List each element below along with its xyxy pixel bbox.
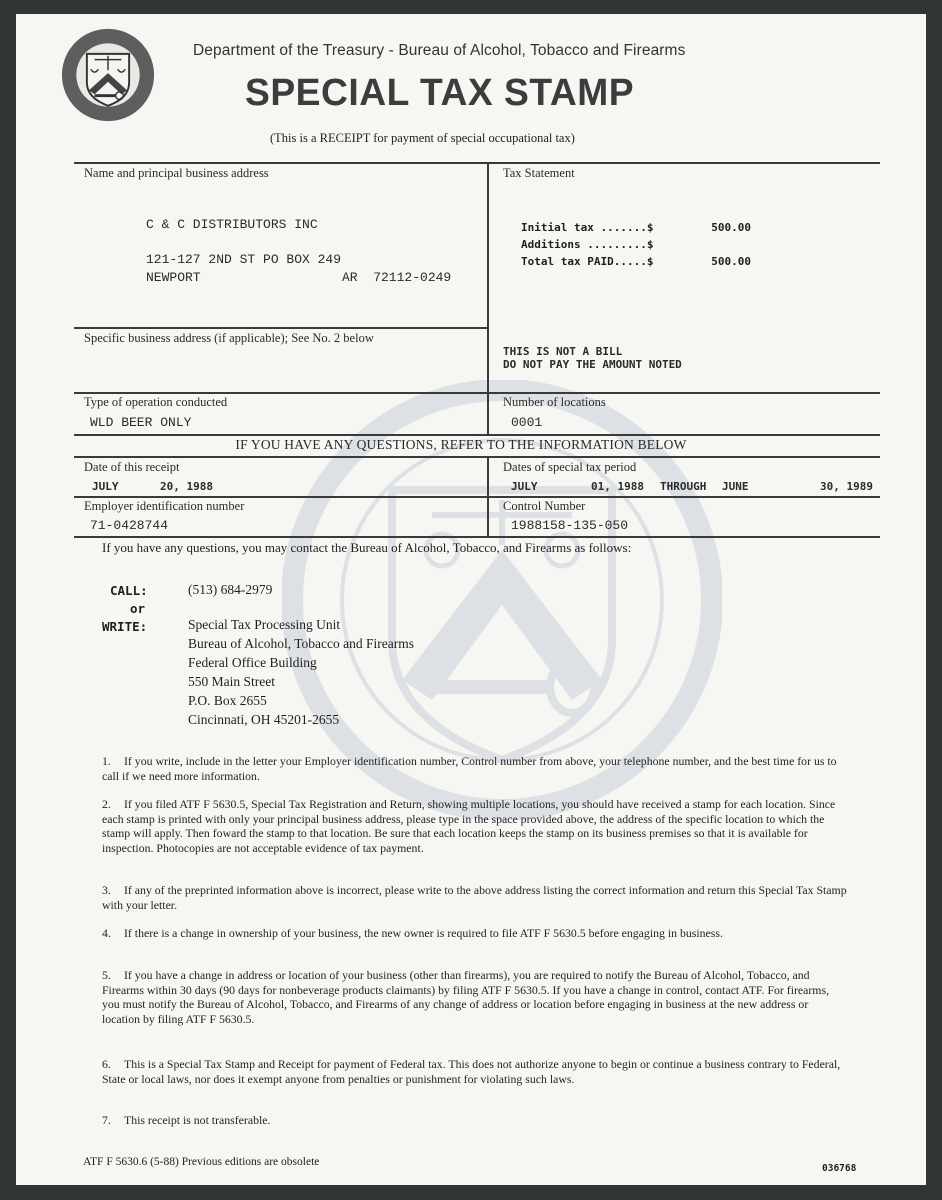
- instruction-number: 5.: [102, 968, 124, 983]
- not-a-bill-notice: THIS IS NOT A BILL: [503, 345, 622, 358]
- mailing-address-line: Special Tax Processing Unit: [188, 615, 414, 634]
- instruction-text: This is a Special Tax Stamp and Receipt …: [102, 1057, 840, 1086]
- operation-value: WLD BEER ONLY: [90, 415, 191, 430]
- name-address-label: Name and principal business address: [84, 166, 269, 181]
- divider-dates: [74, 496, 880, 498]
- tax-period-start-day-year: 01, 1988: [591, 480, 644, 493]
- mailing-address-line: Cincinnati, OH 45201-2655: [188, 710, 414, 729]
- do-not-pay-notice: DO NOT PAY THE AMOUNT NOTED: [503, 358, 682, 371]
- receipt-date-day-year: 20, 1988: [160, 480, 213, 493]
- mailing-address-line: Federal Office Building: [188, 653, 414, 672]
- tax-statement-table: Initial tax .......$ 500.00 Additions ..…: [521, 221, 751, 268]
- divider-operation: [74, 392, 880, 394]
- divider-banner-bottom: [74, 456, 880, 458]
- receipt-date-month: JULY: [92, 480, 119, 493]
- address-line1: 121-127 2ND ST PO BOX 249: [146, 252, 341, 267]
- instruction-number: 6.: [102, 1057, 124, 1072]
- instruction-text: If you write, include in the letter your…: [102, 754, 837, 783]
- tax-row-initial: Initial tax .......$ 500.00: [521, 221, 751, 234]
- address-city: NEWPORT: [146, 270, 201, 285]
- instruction-2: 2.If you filed ATF F 5630.5, Special Tax…: [102, 797, 847, 855]
- instruction-number: 1.: [102, 754, 124, 769]
- mailing-address-line: 550 Main Street: [188, 672, 414, 691]
- ein-label: Employer identification number: [84, 499, 244, 514]
- phone-number: (513) 684-2979: [188, 580, 272, 599]
- instruction-text: This receipt is not transferable.: [124, 1113, 270, 1127]
- tax-period-through: THROUGH: [660, 480, 706, 493]
- instruction-text: If you filed ATF F 5630.5, Special Tax R…: [102, 797, 835, 855]
- divider-bottom: [74, 536, 880, 538]
- instruction-number: 7.: [102, 1113, 124, 1128]
- instruction-7: 7.This receipt is not transferable.: [102, 1113, 847, 1128]
- control-number-value: 1988158-135-050: [511, 518, 628, 533]
- divider-top: [74, 162, 880, 164]
- instruction-6: 6.This is a Special Tax Stamp and Receip…: [102, 1057, 847, 1086]
- receipt-date-label: Date of this receipt: [84, 460, 179, 475]
- instruction-text: If any of the preprinted information abo…: [102, 883, 847, 912]
- tax-row-key: Initial tax .......$: [521, 221, 671, 234]
- ein-value: 71-0428744: [90, 518, 168, 533]
- instruction-5: 5.If you have a change in address or loc…: [102, 968, 847, 1026]
- tax-period-label: Dates of special tax period: [503, 460, 636, 475]
- or-label: or: [130, 601, 145, 616]
- call-label: CALL:: [110, 583, 148, 598]
- divider-banner-top: [74, 434, 880, 436]
- serial-number: 036768: [822, 1163, 856, 1174]
- locations-value: 0001: [511, 415, 542, 430]
- address-state-zip: AR 72112-0249: [342, 270, 451, 285]
- tax-period-end-day-year: 30, 1989: [820, 480, 873, 493]
- instruction-text: If you have a change in address or locat…: [102, 968, 829, 1026]
- form-identifier: ATF F 5630.6 (5-88) Previous editions ar…: [83, 1156, 319, 1168]
- company-name: C & C DISTRIBUTORS INC: [146, 217, 318, 232]
- tax-statement-label: Tax Statement: [503, 166, 575, 181]
- mailing-address-line: Bureau of Alcohol, Tobacco and Firearms: [188, 634, 414, 653]
- instruction-number: 4.: [102, 926, 124, 941]
- tax-row-key: Additions .........$: [521, 238, 671, 251]
- specific-address-label: Specific business address (if applicable…: [84, 331, 374, 346]
- receipt-subtitle: (This is a RECEIPT for payment of specia…: [270, 131, 575, 146]
- control-number-label: Control Number: [503, 499, 585, 514]
- instruction-4: 4.If there is a change in ownership of y…: [102, 926, 847, 941]
- tax-row-value: [671, 238, 751, 251]
- tax-row-value: 500.00: [671, 221, 751, 234]
- specific-address-field[interactable]: [90, 352, 480, 382]
- locations-label: Number of locations: [503, 395, 606, 410]
- contact-intro: If you have any questions, you may conta…: [102, 540, 631, 556]
- write-label: WRITE:: [102, 619, 147, 634]
- instruction-number: 2.: [102, 797, 124, 812]
- tax-row-additions: Additions .........$: [521, 238, 751, 251]
- instruction-1: 1.If you write, include in the letter yo…: [102, 754, 847, 783]
- operation-label: Type of operation conducted: [84, 395, 227, 410]
- tax-row-total: Total tax PAID.....$ 500.00: [521, 255, 751, 268]
- questions-banner: IF YOU HAVE ANY QUESTIONS, REFER TO THE …: [58, 437, 864, 453]
- tax-period-start-month: JULY: [511, 480, 538, 493]
- mailing-address-line: P.O. Box 2655: [188, 691, 414, 710]
- page-title: SPECIAL TAX STAMP: [245, 72, 634, 115]
- instruction-number: 3.: [102, 883, 124, 898]
- instruction-text: If there is a change in ownership of you…: [124, 926, 723, 940]
- atf-seal-icon: [60, 27, 156, 123]
- tax-period-end-month: JUNE: [722, 480, 749, 493]
- tax-row-key: Total tax PAID.....$: [521, 255, 671, 268]
- tax-row-value: 500.00: [671, 255, 751, 268]
- mailing-address: Special Tax Processing Unit Bureau of Al…: [188, 615, 414, 729]
- agency-name: Department of the Treasury - Bureau of A…: [193, 42, 685, 60]
- divider-name-section: [74, 327, 488, 329]
- instruction-3: 3.If any of the preprinted information a…: [102, 883, 847, 912]
